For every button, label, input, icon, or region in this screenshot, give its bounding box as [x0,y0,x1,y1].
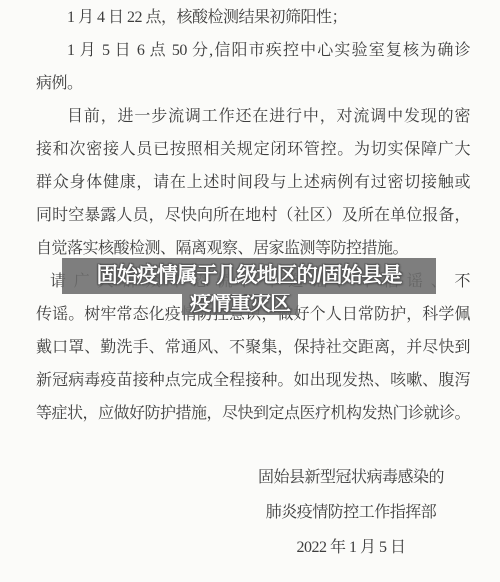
text-line: 1 月 4 日 22 点，核酸检测结果初筛阳性； [36,1,470,34]
text-line: 同时空暴露人员，尽快向所在地村（社区）及所在单位报备， [36,199,470,232]
text-line: 新冠病毒疫苗接种点完成全程接种。如出现发热、咳嗽、腹泻 [36,364,470,397]
signature-org-line2: 肺炎疫情防控工作指挥部 [245,495,457,530]
text-line: 1 月 5 日 6 点 50 分,信阳市疾控中心实验室复核为确诊 [36,34,470,67]
text-line: 等症状，应做好防护措施，尽快到定点医疗机构发热门诊就诊。 [36,397,470,430]
text-line: 群众身体健康，请在上述时间段与上述病例有过密切接触或 [36,166,470,199]
text-line: 接和次密接人员已按照相关规定闭环管控。为切实保障广大 [36,133,470,166]
signature-date: 2022 年 1 月 5 日 [245,530,457,565]
scanned-notice-page: 1 月 4 日 22 点，核酸检测结果初筛阳性；1 月 5 日 6 点 50 分… [0,0,500,582]
text-line: 目前，进一步流调工作还在进行中，对流调中发现的密 [36,100,470,133]
notice-body: 1 月 4 日 22 点，核酸检测结果初筛阳性；1 月 5 日 6 点 50 分… [36,1,470,430]
caption-overlay-line1: 固始疫情属于几级地区的/固始县是 [62,258,436,294]
signature-block: 固始县新型冠状病毒感染的 肺炎疫情防控工作指挥部 2022 年 1 月 5 日 [245,460,457,565]
caption-overlay-line2: 疫情重灾区 [182,294,298,315]
signature-org-line1: 固始县新型冠状病毒感染的 [245,460,457,495]
text-line: 戴口罩、勤洗手、常通风、不聚集，保持社交距离，并尽快到 [36,331,470,364]
text-line: 病例。 [36,67,470,100]
